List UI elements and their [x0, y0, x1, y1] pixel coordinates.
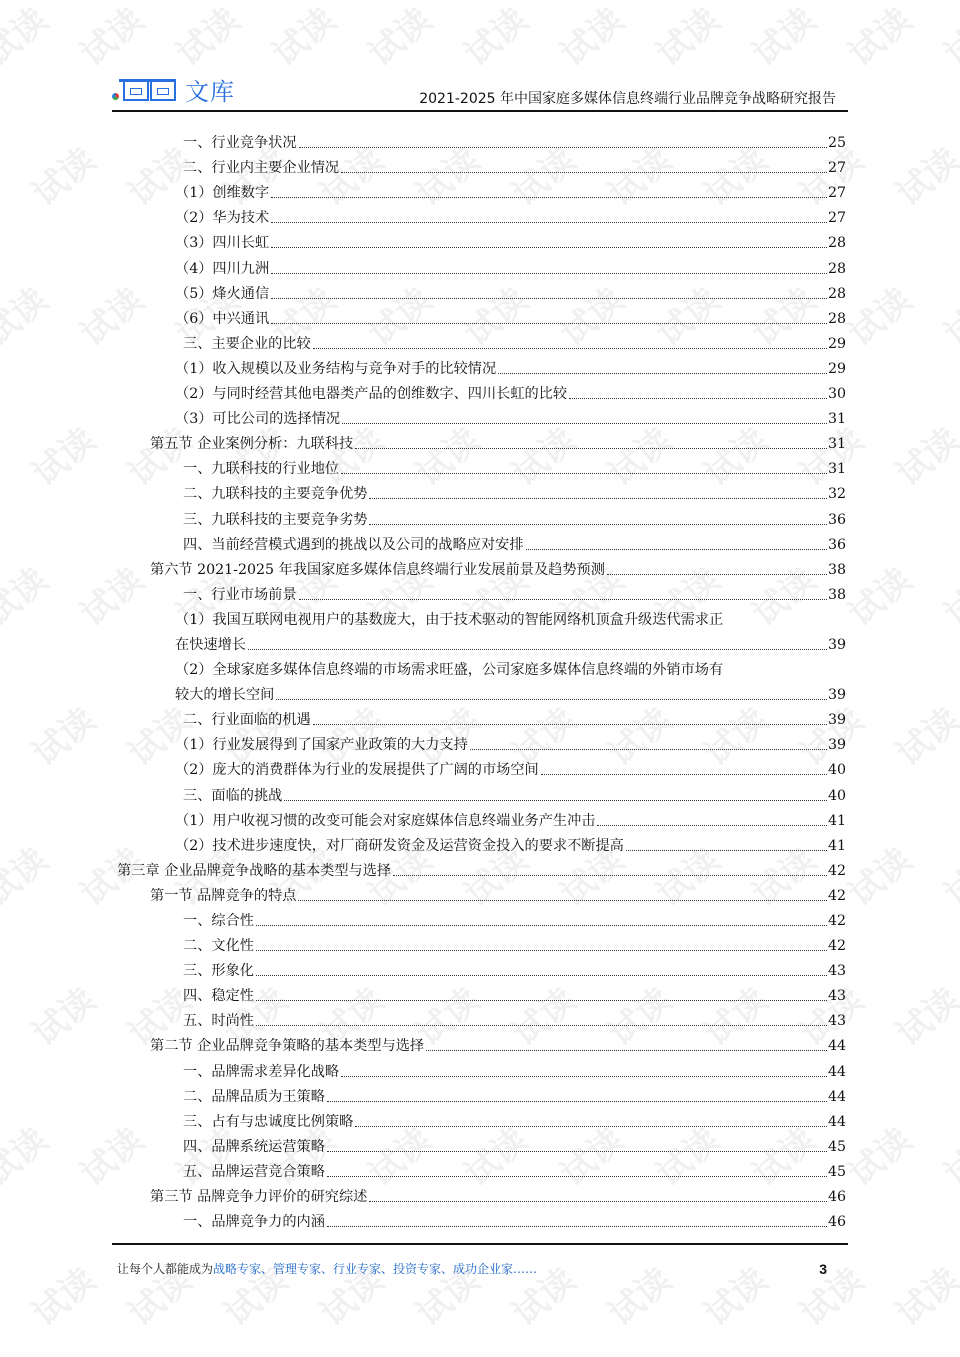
toc-entry[interactable]: （3）四川长虹28	[117, 228, 846, 253]
toc-entry-page: 44	[828, 1036, 846, 1056]
toc-entry[interactable]: 三、形象化43	[117, 956, 846, 981]
toc-entry[interactable]: 三、面临的挑战40	[117, 780, 846, 805]
dot-leader	[426, 1050, 827, 1051]
toc-entry-label: （5）烽火通信	[175, 284, 269, 304]
toc-entry-line1[interactable]: （2）全球家庭多媒体信息终端的市场需求旺盛，公司家庭多媒体信息终端的外销市场有	[117, 655, 846, 680]
toc-entry[interactable]: 第六节 2021-2025 年我国家庭多媒体信息终端行业发展前景及趋势预测38	[117, 555, 846, 580]
toc-entry-page: 44	[828, 1087, 846, 1107]
toc-entry-label: 一、品牌需求差异化战略	[183, 1062, 339, 1082]
watermark-text: 试读	[884, 694, 960, 775]
toc-entry[interactable]: 第三章 企业品牌竞争战略的基本类型与选择42	[117, 856, 846, 881]
dot-leader	[342, 423, 827, 424]
toc-entry[interactable]: （1）行业发展得到了国家产业政策的大力支持39	[117, 730, 846, 755]
toc-entry-page: 28	[828, 284, 846, 304]
watermark-text: 试读	[20, 414, 104, 495]
toc-entry-label: 五、品牌运营竞合策略	[183, 1162, 325, 1182]
toc-entry-page: 44	[828, 1112, 846, 1132]
watermark-text: 试读	[164, 0, 248, 75]
toc-entry[interactable]: 第二节 企业品牌竞争策略的基本类型与选择44	[117, 1031, 846, 1056]
dot-leader	[607, 574, 827, 575]
toc-entry-page: 42	[828, 936, 846, 956]
toc-entry[interactable]: （5）烽火通信28	[117, 279, 846, 304]
toc-entry[interactable]: （6）中兴通讯28	[117, 304, 846, 329]
toc-entry[interactable]: （2）华为技术27	[117, 203, 846, 228]
toc-entry-page: 27	[828, 208, 846, 228]
table-of-contents: 一、行业竞争状况25二、行业内主要企业情况27（1）创维数字27（2）华为技术2…	[117, 128, 846, 1232]
toc-entry-label: （4）四川九洲	[175, 259, 269, 279]
toc-entry-label: （1）收入规模以及业务结构与竞争对手的比较情况	[175, 359, 496, 379]
toc-entry-page: 39	[828, 735, 846, 755]
page-header: 文库 2021-2025 年中国家庭多媒体信息终端行业品牌竞争战略研究报告	[112, 68, 848, 112]
toc-entry-label: （2）与同时经营其他电器类产品的创维数字、四川长虹的比较	[175, 384, 567, 404]
toc-entry-page: 39	[828, 685, 846, 705]
toc-entry-page: 28	[828, 233, 846, 253]
dot-leader	[256, 1025, 827, 1026]
toc-entry[interactable]: （2）与同时经营其他电器类产品的创维数字、四川长虹的比较30	[117, 379, 846, 404]
toc-entry-label: 四、当前经营模式遇到的挑战以及公司的战略应对安排	[183, 535, 524, 555]
dot-leader	[498, 373, 827, 374]
watermark-text: 试读	[0, 0, 56, 75]
toc-entry[interactable]: 二、九联科技的主要竞争优势32	[117, 479, 846, 504]
toc-entry[interactable]: （1）创维数字27	[117, 178, 846, 203]
dot-leader	[271, 222, 827, 223]
watermark-text: 试读	[20, 974, 104, 1055]
toc-entry-label: 一、行业市场前景	[183, 585, 297, 605]
dot-leader	[341, 473, 827, 474]
toc-entry-label: （1）用户收视习惯的改变可能会对家庭媒体信息终端业务产生冲击	[175, 811, 595, 831]
dot-leader	[327, 1226, 827, 1227]
toc-entry-page: 41	[828, 836, 846, 856]
dot-leader	[256, 950, 827, 951]
toc-entry-page: 29	[828, 359, 846, 379]
toc-entry[interactable]: （1）收入规模以及业务结构与竞争对手的比较情况29	[117, 354, 846, 379]
dot-leader	[256, 925, 827, 926]
toc-entry[interactable]: （2）庞大的消费群体为行业的发展提供了广阔的市场空间40	[117, 755, 846, 780]
dot-leader	[393, 875, 827, 876]
toc-entry-label: 第三章 企业品牌竞争战略的基本类型与选择	[117, 861, 391, 881]
toc-entry-page: 38	[828, 585, 846, 605]
toc-entry-label: 较大的增长空间	[175, 685, 274, 705]
toc-entry-label: 第三节 品牌竞争力评价的研究综述	[150, 1187, 367, 1207]
watermark-text: 试读	[0, 554, 56, 635]
toc-entry-label: （1）创维数字	[175, 183, 269, 203]
toc-entry-page: 43	[828, 986, 846, 1006]
dot-leader	[355, 448, 827, 449]
watermark-text: 试读	[356, 0, 440, 75]
toc-entry[interactable]: 一、品牌需求差异化战略44	[117, 1056, 846, 1081]
watermark-text: 试读	[836, 834, 920, 915]
toc-entry-label: （3）可比公司的选择情况	[175, 409, 340, 429]
dot-leader	[569, 398, 827, 399]
footer-divider	[112, 1243, 848, 1245]
toc-entry-page: 36	[828, 535, 846, 555]
toc-entry[interactable]: 第三节 品牌竞争力评价的研究综述46	[117, 1182, 846, 1207]
dot-leader	[369, 498, 826, 499]
toc-entry[interactable]: 五、品牌运营竞合策略45	[117, 1157, 846, 1182]
toc-entry[interactable]: 四、当前经营模式遇到的挑战以及公司的战略应对安排36	[117, 530, 846, 555]
watermark-text: 试读	[836, 1114, 920, 1195]
watermark-text: 试读	[548, 0, 632, 75]
logo-dot-icon	[112, 93, 119, 100]
toc-entry[interactable]: 第五节 企业案例分析：九联科技31	[117, 429, 846, 454]
dot-leader	[341, 172, 827, 173]
watermark-text: 试读	[836, 0, 920, 75]
toc-entry-page: 32	[828, 484, 846, 504]
toc-entry-page: 38	[828, 560, 846, 580]
toc-entry-label: 一、综合性	[183, 911, 254, 931]
dot-leader	[470, 749, 827, 750]
toc-entry[interactable]: 二、品牌品质为王策略44	[117, 1082, 846, 1107]
toc-entry[interactable]: 三、九联科技的主要竞争劣势36	[117, 504, 846, 529]
toc-entry-page: 40	[828, 760, 846, 780]
toc-entry-label: 二、品牌品质为王策略	[183, 1087, 325, 1107]
watermark-text: 试读	[932, 0, 960, 75]
dot-leader	[276, 699, 827, 700]
toc-entry[interactable]: 三、占有与忠诚度比例策略44	[117, 1107, 846, 1132]
dot-leader	[271, 298, 827, 299]
toc-entry-label: 在快速增长	[175, 635, 246, 655]
toc-entry[interactable]: 一、行业市场前景38	[117, 580, 846, 605]
watermark-text: 试读	[884, 414, 960, 495]
toc-entry-page: 45	[828, 1162, 846, 1182]
toc-entry-page: 42	[828, 911, 846, 931]
toc-entry-label: 第六节 2021-2025 年我国家庭多媒体信息终端行业发展前景及趋势预测	[150, 560, 605, 580]
toc-entry[interactable]: （2）技术进步速度快，对厂商研发资金及运营资金投入的要求不断提高41	[117, 831, 846, 856]
toc-entry-label: 三、主要企业的比较	[183, 334, 311, 354]
toc-entry-page: 43	[828, 1011, 846, 1031]
watermark-text: 试读	[884, 134, 960, 215]
toc-entry[interactable]: 四、稳定性43	[117, 981, 846, 1006]
toc-entry-label: 三、面临的挑战	[183, 786, 282, 806]
watermark-text: 试读	[20, 1254, 104, 1335]
toc-entry-label: 二、文化性	[183, 936, 254, 956]
toc-entry-label: 五、时尚性	[183, 1011, 254, 1031]
dot-leader	[597, 825, 826, 826]
watermark-text: 试读	[260, 0, 344, 75]
toc-entry-label: 二、行业面临的机遇	[183, 710, 311, 730]
toc-entry-page: 44	[828, 1062, 846, 1082]
watermark-text: 试读	[452, 0, 536, 75]
toc-entry-label: （6）中兴通讯	[175, 309, 269, 329]
toc-entry[interactable]: 二、行业面临的机遇39	[117, 705, 846, 730]
toc-entry[interactable]: 一、综合性42	[117, 906, 846, 931]
footer-slogan-prefix: 让每个人都能成为	[117, 1260, 213, 1277]
toc-entry-label: 一、行业竞争状况	[183, 133, 297, 153]
dot-leader	[298, 900, 827, 901]
watermark-text: 试读	[884, 974, 960, 1055]
watermark-text: 试读	[932, 274, 960, 355]
toc-entry-page: 31	[828, 459, 846, 479]
toc-entry[interactable]: 四、品牌系统运营策略45	[117, 1132, 846, 1157]
watermark-text: 试读	[932, 554, 960, 635]
watermark-text: 试读	[0, 834, 56, 915]
toc-entry-page: 31	[828, 409, 846, 429]
toc-entry-page: 30	[828, 384, 846, 404]
toc-entry-page: 25	[828, 133, 846, 153]
watermark-text: 试读	[20, 134, 104, 215]
watermark-text: 试读	[20, 694, 104, 775]
watermark-text: 试读	[932, 834, 960, 915]
toc-entry-page: 46	[828, 1187, 846, 1207]
dot-leader	[355, 1126, 827, 1127]
toc-entry[interactable]: 较大的增长空间39	[117, 680, 846, 705]
logo-text: 文库	[185, 72, 235, 107]
toc-entry-page: 46	[828, 1212, 846, 1232]
toc-entry-label: 四、稳定性	[183, 986, 254, 1006]
toc-entry[interactable]: 二、行业内主要企业情况27	[117, 153, 846, 178]
dot-leader	[369, 524, 826, 525]
page-footer: 让每个人都能成为 战略专家、管理专家、行业专家、投资专家、成功企业家…… 3	[117, 1260, 827, 1277]
toc-entry[interactable]: 在快速增长39	[117, 630, 846, 655]
toc-entry-page: 40	[828, 786, 846, 806]
dot-leader	[299, 147, 827, 148]
watermark-text: 试读	[0, 1114, 56, 1195]
watermark-text: 试读	[0, 274, 56, 355]
toc-entry-page: 45	[828, 1137, 846, 1157]
toc-entry-label: （2）庞大的消费群体为行业的发展提供了广阔的市场空间	[175, 760, 539, 780]
dot-leader	[284, 800, 827, 801]
toc-entry-page: 27	[828, 158, 846, 178]
toc-entry-label: 四、品牌系统运营策略	[183, 1137, 325, 1157]
document-title: 2021-2025 年中国家庭多媒体信息终端行业品牌竞争战略研究报告	[419, 88, 836, 108]
watermark-text: 试读	[836, 554, 920, 635]
toc-entry-page: 36	[828, 510, 846, 530]
dot-leader	[271, 273, 827, 274]
toc-entry-label: 三、九联科技的主要竞争劣势	[183, 510, 367, 530]
dot-leader	[369, 1201, 827, 1202]
toc-entry-page: 41	[828, 811, 846, 831]
toc-entry-label: 三、形象化	[183, 961, 254, 981]
toc-entry-label: （3）四川长虹	[175, 233, 269, 253]
page-number: 3	[819, 1261, 827, 1277]
dot-leader	[313, 348, 827, 349]
toc-entry-label: （2）技术进步速度快，对厂商研发资金及运营资金投入的要求不断提高	[175, 836, 624, 856]
toc-entry-page: 43	[828, 961, 846, 981]
dot-leader	[327, 1151, 827, 1152]
watermark-text: 试读	[932, 1114, 960, 1195]
toc-entry-page: 29	[828, 334, 846, 354]
dot-leader	[327, 1101, 827, 1102]
footer-slogan-roles: 战略专家、管理专家、行业专家、投资专家、成功企业家……	[213, 1260, 537, 1277]
toc-entry[interactable]: （3）可比公司的选择情况31	[117, 404, 846, 429]
toc-entry-label: （1）行业发展得到了国家产业政策的大力支持	[175, 735, 468, 755]
dot-leader	[271, 323, 827, 324]
toc-entry[interactable]: 三、主要企业的比较29	[117, 329, 846, 354]
dot-leader	[256, 975, 827, 976]
toc-entry-page: 31	[828, 434, 846, 454]
dot-leader	[541, 774, 827, 775]
toc-entry-page: 39	[828, 710, 846, 730]
toc-entry[interactable]: 五、时尚性43	[117, 1006, 846, 1031]
dot-leader	[256, 1000, 827, 1001]
logo-mark-icon	[123, 77, 177, 103]
dot-leader	[271, 197, 827, 198]
toc-entry[interactable]: 第一节 品牌竞争的特点42	[117, 881, 846, 906]
watermark-text: 试读	[836, 274, 920, 355]
toc-entry-page: 28	[828, 309, 846, 329]
toc-entry[interactable]: 一、行业竞争状况25	[117, 128, 846, 153]
toc-entry-label: （2）华为技术	[175, 208, 269, 228]
dot-leader	[626, 850, 827, 851]
wenku-logo: 文库	[112, 72, 235, 107]
toc-entry-page: 27	[828, 183, 846, 203]
toc-entry-label: 三、占有与忠诚度比例策略	[183, 1112, 353, 1132]
toc-entry-page: 39	[828, 635, 846, 655]
dot-leader	[299, 599, 827, 600]
toc-entry[interactable]: （1）用户收视习惯的改变可能会对家庭媒体信息终端业务产生冲击41	[117, 806, 846, 831]
toc-entry-line1[interactable]: （1）我国互联网电视用户的基数庞大，由于技术驱动的智能网络机顶盒升级迭代需求正	[117, 605, 846, 630]
watermark-text: 试读	[884, 1254, 960, 1335]
dot-leader	[341, 1076, 827, 1077]
toc-entry[interactable]: 一、品牌竞争力的内涵46	[117, 1207, 846, 1232]
toc-entry[interactable]: 一、九联科技的行业地位31	[117, 454, 846, 479]
toc-entry[interactable]: 二、文化性42	[117, 931, 846, 956]
dot-leader	[327, 1176, 827, 1177]
toc-entry-page: 42	[828, 861, 846, 881]
watermark-text: 试读	[68, 0, 152, 75]
header-divider	[112, 110, 848, 112]
watermark-text: 试读	[740, 0, 824, 75]
toc-entry-label: 一、九联科技的行业地位	[183, 459, 339, 479]
dot-leader	[248, 649, 827, 650]
dot-leader	[313, 724, 827, 725]
toc-entry-page: 42	[828, 886, 846, 906]
toc-entry-label: 第五节 企业案例分析：九联科技	[150, 434, 353, 454]
dot-leader	[271, 247, 827, 248]
toc-entry-label: 二、九联科技的主要竞争优势	[183, 484, 367, 504]
watermark-text: 试读	[644, 0, 728, 75]
toc-entry-label: 第一节 品牌竞争的特点	[150, 886, 296, 906]
toc-entry[interactable]: （4）四川九洲28	[117, 253, 846, 278]
toc-entry-label: 第二节 企业品牌竞争策略的基本类型与选择	[150, 1036, 424, 1056]
toc-entry-label: 一、品牌竞争力的内涵	[183, 1212, 325, 1232]
toc-entry-label: 二、行业内主要企业情况	[183, 158, 339, 178]
dot-leader	[526, 549, 827, 550]
toc-entry-page: 28	[828, 259, 846, 279]
